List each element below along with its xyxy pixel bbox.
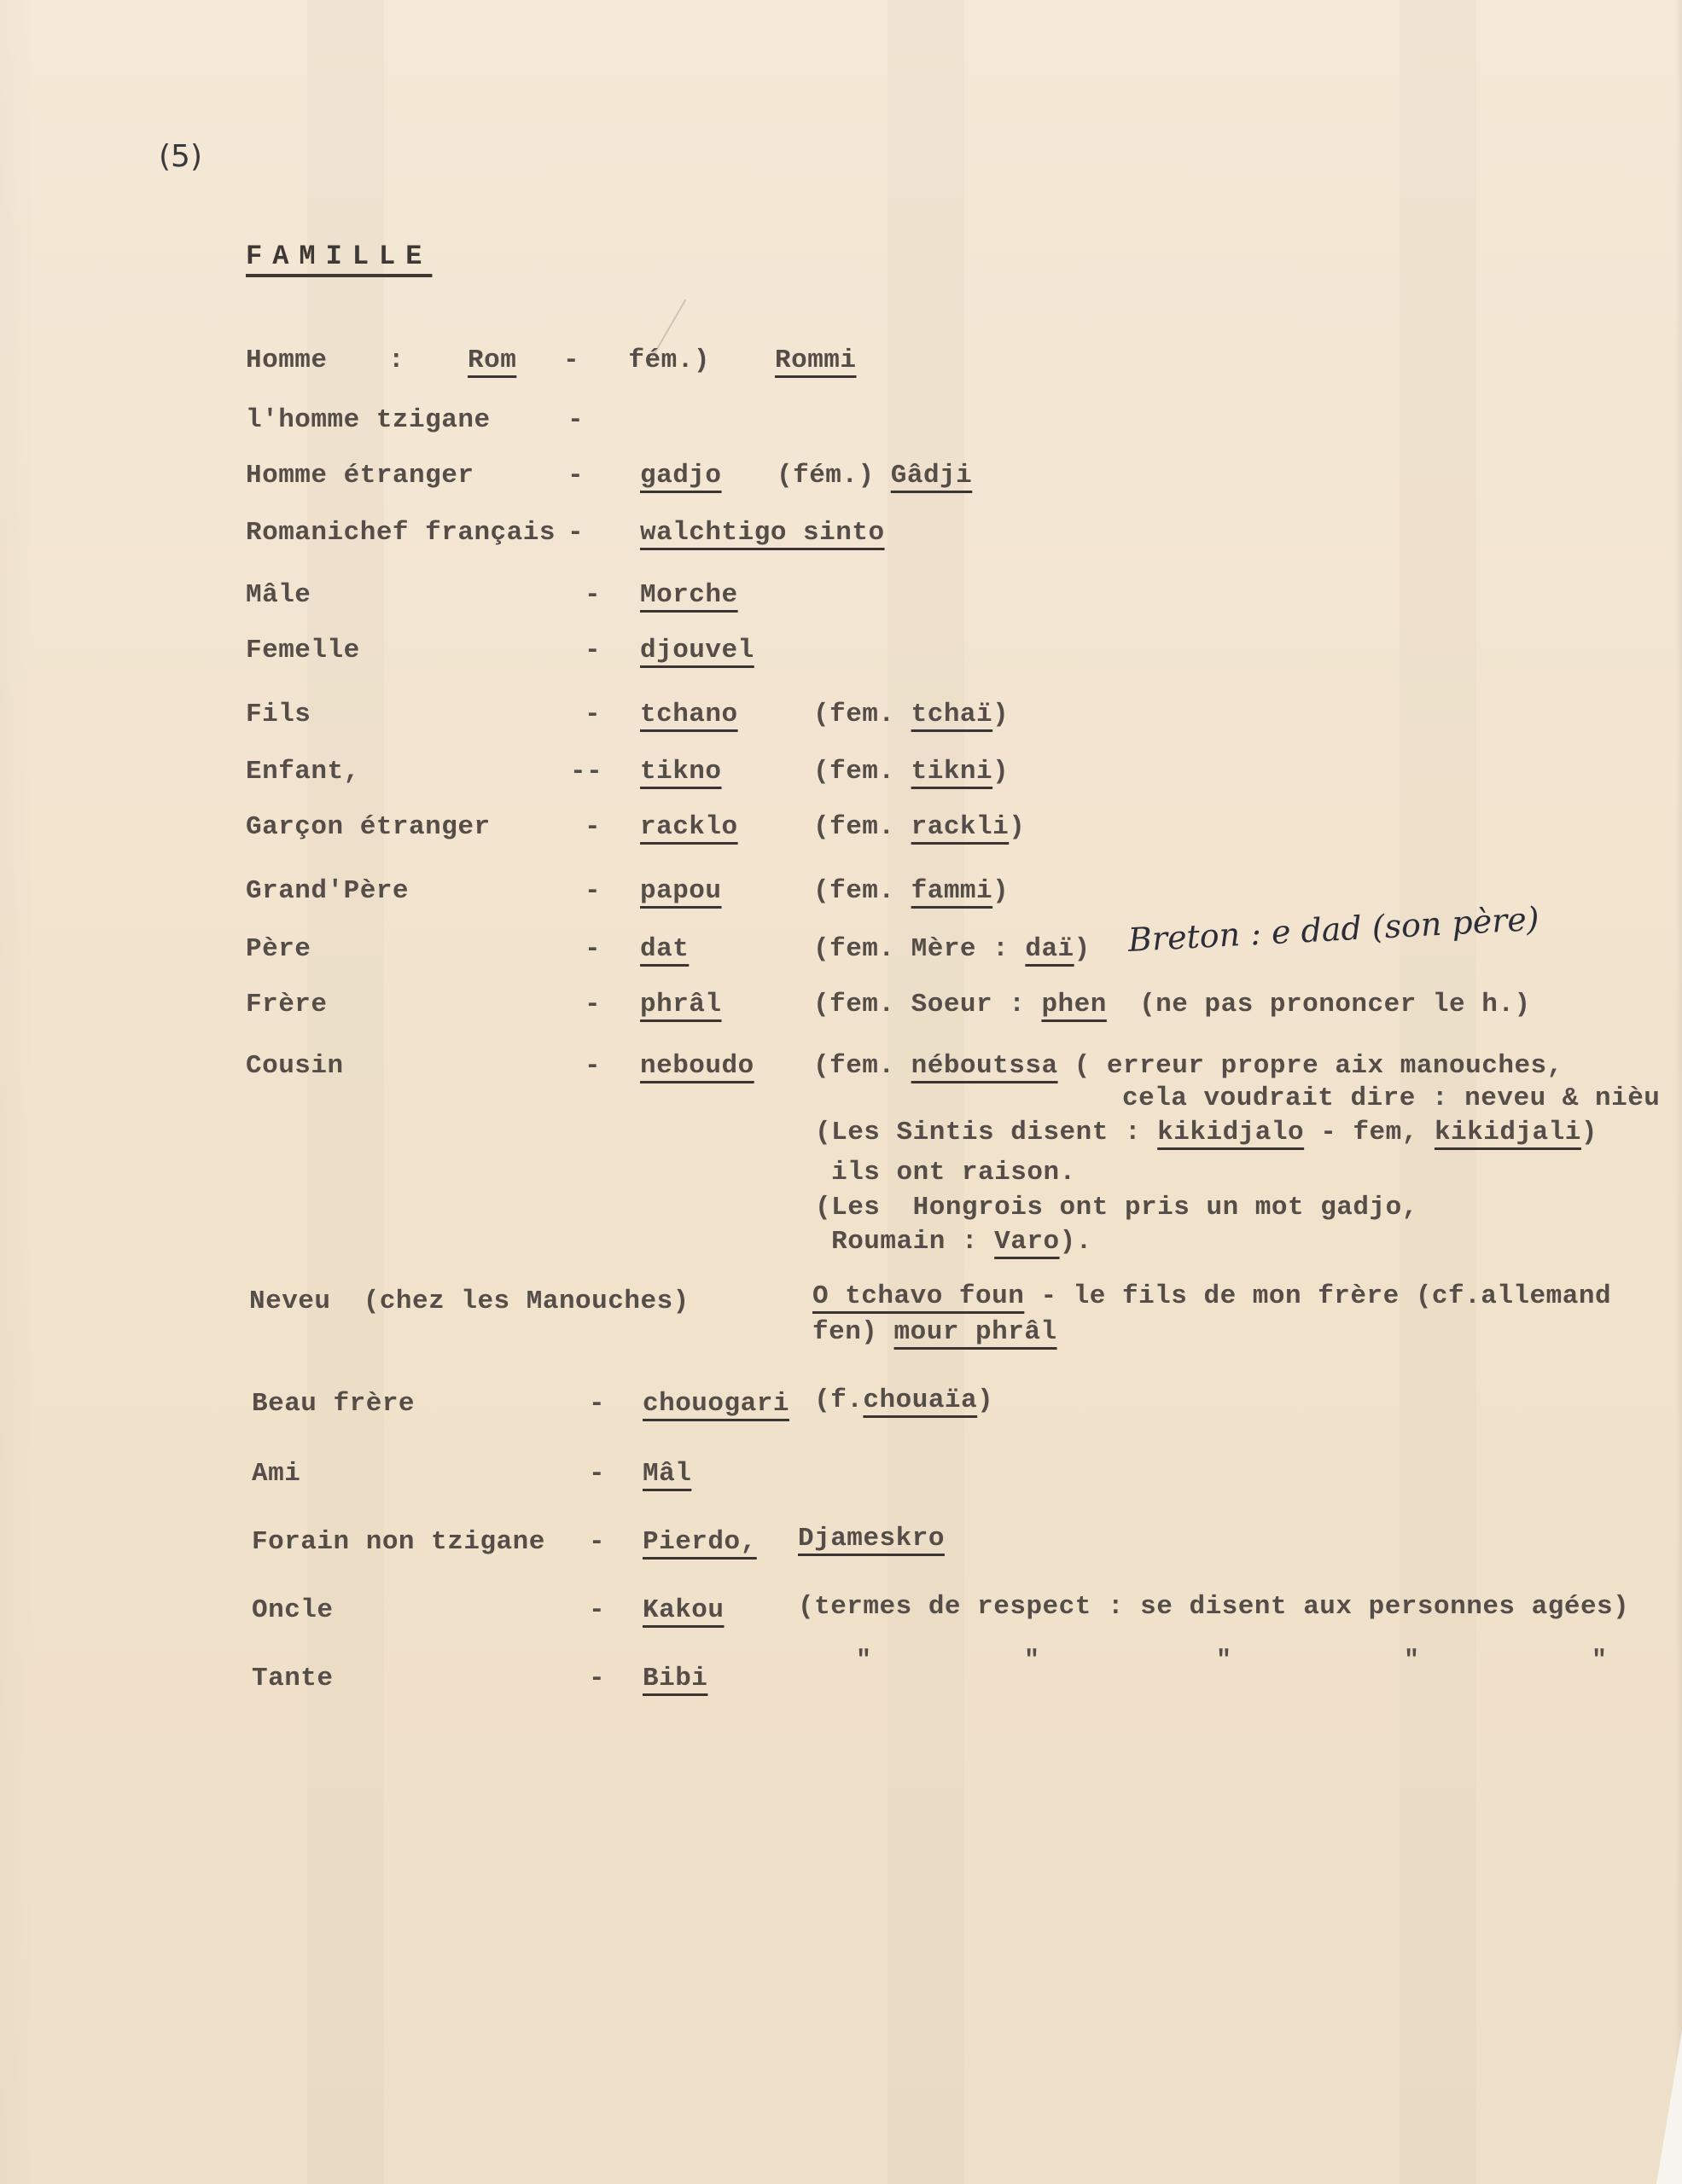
cousin-note-line-1: cela voudrait dire : neveu & nièu (1122, 1083, 1660, 1113)
romani-word: gadjo (640, 461, 722, 491)
note-text: (fem. (813, 1051, 911, 1081)
romani-word-feminine: Rommi (775, 346, 857, 375)
romani-word: Morche (640, 580, 738, 610)
note-text: ( erreur propre aix manouches, (1058, 1051, 1563, 1081)
romani-word: Mâl (643, 1459, 691, 1489)
cousin-note-line-4: (Les Hongrois ont pris un mot gadjo, (815, 1193, 1418, 1223)
note-text: (fem. Mère : (813, 934, 1025, 964)
note-text: Roumain : (815, 1227, 994, 1257)
row-separator: - (585, 636, 601, 665)
note-text: ) (992, 876, 1009, 906)
row-feminine: (fem. fammi) (813, 876, 1009, 906)
row-separator: - (589, 1459, 605, 1489)
row-term: Fils (246, 700, 311, 729)
row-feminine: (fem. néboutssa ( erreur propre aix mano… (813, 1051, 1563, 1081)
row-term: Frère (246, 990, 328, 1019)
neveu-definition: O tchavo foun - le fils de mon frère (cf… (812, 1281, 1611, 1311)
row-separator: - (567, 405, 584, 435)
romani-word: walchtigo sinto (640, 518, 885, 548)
row-feminine: (fem. rackli) (813, 812, 1025, 842)
row-feminine: (fem. tchaï) (813, 700, 1009, 729)
row-note: (termes de respect : se disent aux perso… (798, 1592, 1629, 1622)
row-separator: -- (570, 757, 602, 787)
row-separator: - (585, 580, 601, 610)
romani-word: chouogari (643, 1389, 789, 1419)
row-term: Homme étranger (246, 461, 474, 491)
note-text: ) (992, 757, 1009, 787)
ditto-mark: " (1216, 1647, 1231, 1676)
row-separator: - (585, 876, 601, 906)
romani-word: Varo (994, 1227, 1059, 1257)
row-term: Ami (252, 1459, 300, 1489)
row-separator: : (388, 346, 404, 375)
document-page: (5) FAMILLE Homme:Rom- fém.)Rommil'homme… (0, 0, 1682, 2184)
row-term: Grand'Père (246, 876, 409, 906)
row-term: Tante (252, 1664, 334, 1693)
romani-word-feminine: tchaï (911, 700, 993, 729)
row-term: Enfant, (246, 757, 360, 787)
note-text: - le fils de mon frère (cf.allemand (1024, 1281, 1611, 1311)
note-text: (fem. Soeur : (813, 990, 1041, 1019)
romani-word: O tchavo foun (812, 1281, 1024, 1311)
romani-word-feminine: rackli (911, 812, 1010, 842)
row-separator: - (589, 1389, 605, 1419)
ditto-mark: " (1404, 1647, 1419, 1676)
romani-word: tchano (640, 700, 738, 729)
romani-word: Kakou (643, 1595, 725, 1625)
row-term: l'homme tzigane (246, 405, 491, 435)
romani-word-feminine: tikni (911, 757, 993, 787)
paper-corner (1656, 2030, 1682, 2184)
romani-word: racklo (640, 812, 738, 842)
handwritten-note: Breton : e dad (son père) (1127, 900, 1540, 959)
row-separator: - (585, 700, 601, 729)
note-text: ) (1581, 1118, 1598, 1147)
romani-word: dat (640, 934, 689, 964)
row-separator: - (567, 461, 584, 491)
romani-word-feminine: phen (1041, 990, 1106, 1019)
paper-streak (307, 0, 384, 2184)
row-term: Femelle (246, 636, 360, 665)
row-separator: - (589, 1595, 605, 1625)
cousin-note-line-5: Roumain : Varo). (815, 1227, 1092, 1257)
romani-word: kikidjali (1435, 1118, 1581, 1147)
ditto-mark: " (1024, 1647, 1039, 1676)
row-feminine: (fem. tikni) (813, 757, 1009, 787)
row-separator: - (585, 934, 601, 964)
row-term: Forain non tzigane (252, 1527, 545, 1557)
row-term: Père (246, 934, 311, 964)
cousin-note-line-3: ils ont raison. (815, 1158, 1076, 1188)
ditto-mark: " (1592, 1647, 1607, 1676)
row-feminine: (fem. Soeur : phen (ne pas prononcer le … (813, 990, 1531, 1019)
paper-edge (1675, 0, 1682, 2184)
row-term: Beau frère (252, 1389, 415, 1419)
note-text: (fem. (813, 700, 911, 729)
romani-word: Rom (468, 346, 516, 375)
romani-word: phrâl (640, 990, 722, 1019)
note-text: (fem. (813, 757, 911, 787)
romani-word: mour phrâl (894, 1317, 1057, 1347)
romani-word: Djameskro (798, 1524, 945, 1554)
note-text: - fem, (1304, 1118, 1435, 1147)
romani-word-feminine: daï (1025, 934, 1074, 964)
row-separator: - (585, 990, 601, 1019)
neveu-term: Neveu (chez les Manouches) (249, 1287, 690, 1316)
paper-streak (888, 0, 964, 2184)
note-text: fen) (812, 1317, 894, 1347)
row-separator: - (585, 1051, 601, 1081)
row-term: Mâle (246, 580, 311, 610)
note-text: (ne pas prononcer le h.) (1107, 990, 1531, 1019)
romani-word: neboudo (640, 1051, 754, 1081)
note-text: (fem. (813, 876, 911, 906)
romani-word: Bibi (643, 1664, 707, 1693)
note-text: (Les Sintis disent : (815, 1118, 1157, 1147)
page-number: (5) (159, 139, 202, 174)
row-separator: - (589, 1527, 605, 1557)
row-feminine: (f.chouaïa) (798, 1385, 993, 1415)
note-text: ). (1060, 1227, 1092, 1257)
row-term: Garçon étranger (246, 812, 491, 842)
row-term: Homme (246, 346, 328, 375)
romani-word: kikidjalo (1157, 1118, 1304, 1147)
neveu-definition-line-2: fen) mour phrâl (812, 1317, 1057, 1347)
row-term: Romanichef français (246, 518, 556, 548)
romani-word: djouvel (640, 636, 754, 665)
row-separator: - (589, 1664, 605, 1693)
ditto-mark: " (856, 1647, 871, 1676)
row-note: - fém.) (563, 346, 710, 375)
note-text: (fém.) (777, 461, 891, 491)
romani-word: Pierdo, (643, 1527, 757, 1557)
note-text: (fem. (813, 812, 911, 842)
romani-word-feminine: Gâdji (891, 461, 973, 491)
row-term: Cousin (246, 1051, 344, 1081)
romani-word: papou (640, 876, 722, 906)
row-feminine: (fém.) Gâdji (777, 461, 972, 491)
romani-word-feminine: néboutssa (911, 1051, 1058, 1081)
section-title: FAMILLE (246, 241, 432, 272)
romani-word-feminine: fammi (911, 876, 993, 906)
row-separator: - (567, 518, 584, 548)
romani-word: tikno (640, 757, 722, 787)
note-text: ) (1009, 812, 1025, 842)
cousin-note-line-2: (Les Sintis disent : kikidjalo - fem, ki… (815, 1118, 1598, 1147)
row-term: Oncle (252, 1595, 334, 1625)
row-separator: - (585, 812, 601, 842)
row-feminine: (fem. Mère : daï) (813, 934, 1091, 964)
note-text: ) (1074, 934, 1091, 964)
note-text: ) (992, 700, 1009, 729)
